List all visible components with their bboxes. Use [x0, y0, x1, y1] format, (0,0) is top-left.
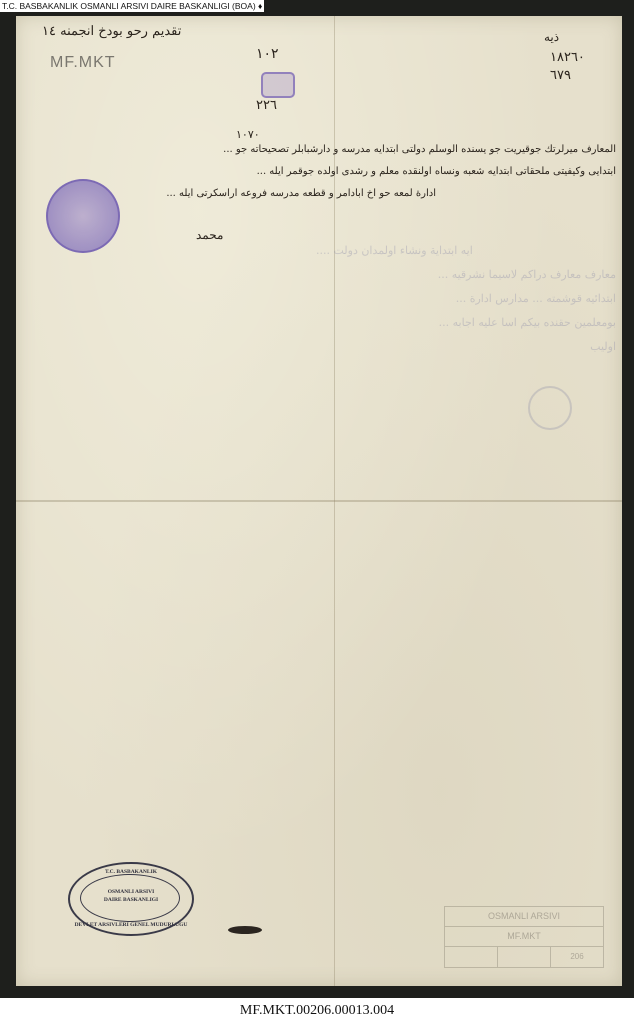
- reference-code-footer: MF.MKT.00206.00013.004: [0, 998, 634, 1024]
- archive-box-cell-2: [498, 947, 551, 967]
- purple-rectangle-stamp: [261, 72, 295, 98]
- document-page: تقديم رحو بودخ انجمنه ١٤ MF.MKT ١٠٢ ٢٢٦ …: [16, 16, 622, 986]
- top-right-sub-annotation: ٦٧٩: [550, 68, 571, 83]
- oval-stamp-middle-2: DAIRE BASKANLIGI: [70, 897, 192, 903]
- register-number: ٢٢٦: [256, 98, 277, 113]
- body-line-3: ادارة لمعه حو اخ ابادامر و قطعه مدرسه فر…: [116, 188, 436, 199]
- archive-box-cell-3: 206: [551, 947, 603, 967]
- body-line-2: ابتدايى وكيفيتى ملحقاتى ابتدايه شعبه ونس…: [100, 166, 616, 177]
- purple-round-seal: [46, 179, 120, 253]
- oval-stamp-top-text: T.C. BASBAKANLIK: [70, 869, 192, 875]
- horizontal-fold-line: [16, 500, 622, 502]
- faint-round-seal: [528, 386, 572, 430]
- faint-line-5: اوليب: [36, 340, 616, 353]
- faint-line-3: ابتدائيه قوشمته ... مدارس ادارة ...: [36, 292, 616, 305]
- faint-line-4: بومعلمين حقنده بيكم اسا عليه اجابه ...: [36, 316, 616, 329]
- archive-reference-box: OSMANLI ARSIVI MF.MKT 206: [444, 906, 604, 968]
- archive-header-label: T.C. BASBAKANLIK OSMANLI ARSIVI DAIRE BA…: [0, 0, 264, 12]
- top-right-mark: ذيه: [544, 30, 559, 44]
- faint-line-2: معارف معارف دراكم لاسيما نشرقيه ...: [36, 268, 616, 281]
- document-number: ١٠٧٠: [236, 128, 260, 141]
- body-line-1: المعارف ميرلرتك جوقيريت جو يسنده الوسلم …: [16, 144, 616, 155]
- archive-oval-stamp: T.C. BASBAKANLIK OSMANLI ARSIVI DAIRE BA…: [68, 862, 194, 936]
- archive-box-cells: 206: [445, 947, 603, 967]
- archive-box-cell-1: [445, 947, 498, 967]
- ink-blot: [228, 926, 262, 934]
- signature: محمد: [196, 228, 223, 242]
- top-left-annotation: تقديم رحو بودخ انجمنه ١٤: [42, 24, 181, 39]
- faint-line-1: ايه ابتداية ونشاء اولمدان دولت ....: [316, 244, 473, 257]
- archive-box-row-2: MF.MKT: [445, 927, 603, 947]
- top-right-annotation: ١٨٢٦٠: [550, 50, 585, 65]
- top-center-number: ١٠٢: [256, 46, 279, 62]
- oval-stamp-bottom-text: DEVLET ARSIVLERI GENEL MUDURLUGU: [70, 922, 192, 928]
- pencil-code: MF.MKT: [50, 54, 116, 72]
- oval-stamp-middle-1: OSMANLI ARSIVI: [70, 889, 192, 895]
- archive-box-row-1: OSMANLI ARSIVI: [445, 907, 603, 927]
